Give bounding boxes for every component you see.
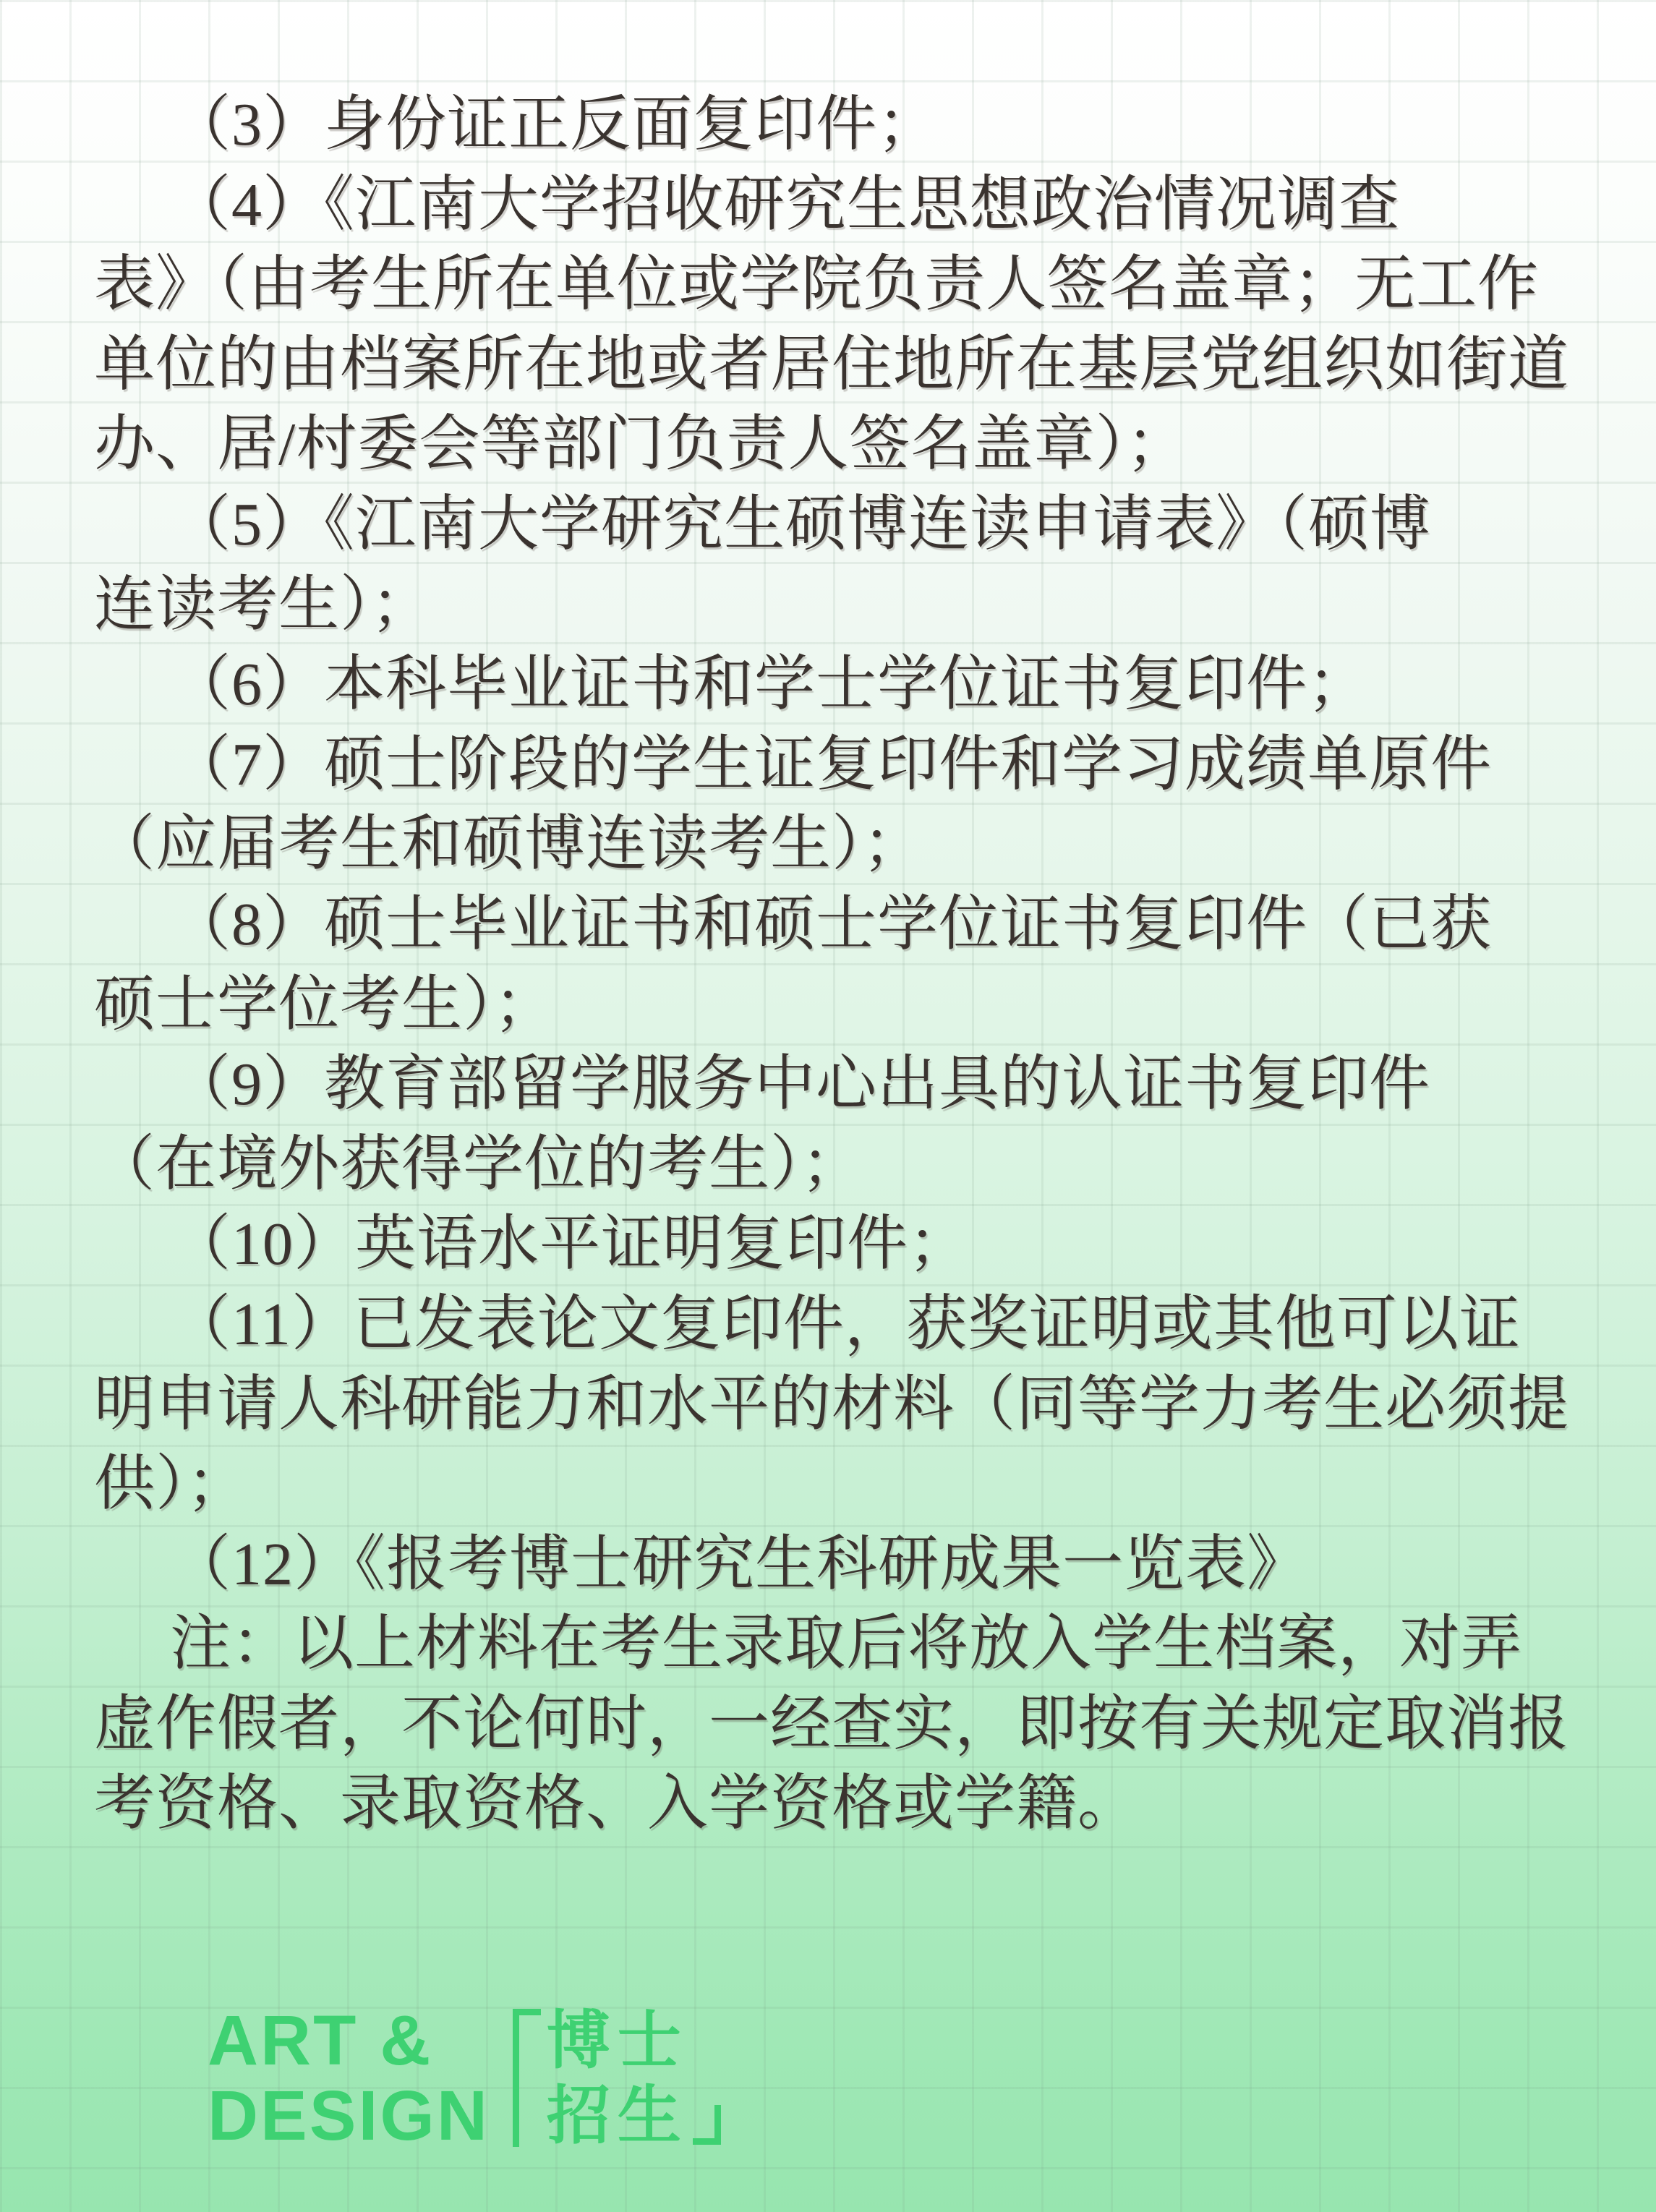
text-line: （9）教育部留学服务中心出具的认证书复印件 xyxy=(94,1045,1595,1125)
logo-art-design: ART & DESIGN xyxy=(208,2003,490,2153)
logo-chinese: 博士 招生 xyxy=(547,2003,721,2153)
text-line: （应届考生和硕博连读考生）； xyxy=(94,805,1595,885)
text-line: （5）《江南大学研究生硕博连读申请表》（硕博 xyxy=(94,485,1595,565)
footer-logo: ART & DESIGN 博士 招生 xyxy=(208,2003,721,2153)
text-line: （4）《江南大学招收研究生思想政治情况调查 xyxy=(94,166,1595,246)
document-body: （3）身份证正反面复印件；（4）《江南大学招收研究生思想政治情况调查表》（由考生… xyxy=(94,85,1595,1845)
text-line: 注：以上材料在考生录取后将放入学生档案，对弄 xyxy=(94,1605,1595,1685)
page: （3）身份证正反面复印件；（4）《江南大学招收研究生思想政治情况调查表》（由考生… xyxy=(0,0,1656,2212)
logo-cn-line2: 招生 xyxy=(547,2078,688,2153)
text-line: 供）； xyxy=(94,1445,1595,1525)
text-line: （11）已发表论文复印件，获奖证明或其他可以证 xyxy=(94,1285,1595,1365)
logo-cn-line1: 博士 xyxy=(547,2003,721,2078)
text-line: 办、居/村委会等部门负责人签名盖章）； xyxy=(94,405,1595,485)
text-line: （3）身份证正反面复印件； xyxy=(94,85,1595,166)
text-line: 虚作假者，不论何时，一经查实，即按有关规定取消报 xyxy=(94,1685,1595,1765)
text-line: 硕士学位考生）； xyxy=(94,965,1595,1046)
text-line: （7）硕士阶段的学生证复印件和学习成绩单原件 xyxy=(94,725,1595,806)
logo-line1: ART & xyxy=(208,2003,490,2078)
text-line: 明申请人科研能力和水平的材料（同等学力考生必须提 xyxy=(94,1365,1595,1446)
logo-cn-line2-row: 招生 xyxy=(547,2078,721,2153)
text-line: 连读考生）； xyxy=(94,565,1595,646)
logo-line2: DESIGN xyxy=(208,2078,490,2153)
text-line: 单位的由档案所在地或者居住地所在基层党组织如街道 xyxy=(94,325,1595,406)
text-line: 表》（由考生所在单位或学院负责人签名盖章；无工作 xyxy=(94,245,1595,325)
corner-bracket-close-icon xyxy=(693,2105,721,2145)
text-line: （8）硕士毕业证书和硕士学位证书复印件（已获 xyxy=(94,885,1595,965)
text-line: （6）本科毕业证书和学士学位证书复印件； xyxy=(94,645,1595,725)
text-line: 考资格、录取资格、入学资格或学籍。 xyxy=(94,1764,1595,1845)
text-line: （在境外获得学位的考生）； xyxy=(94,1125,1595,1205)
text-line: （12）《报考博士研究生科研成果一览表》 xyxy=(94,1525,1595,1605)
text-line: （10）英语水平证明复印件； xyxy=(94,1205,1595,1285)
corner-bracket-open-icon xyxy=(513,2009,541,2147)
